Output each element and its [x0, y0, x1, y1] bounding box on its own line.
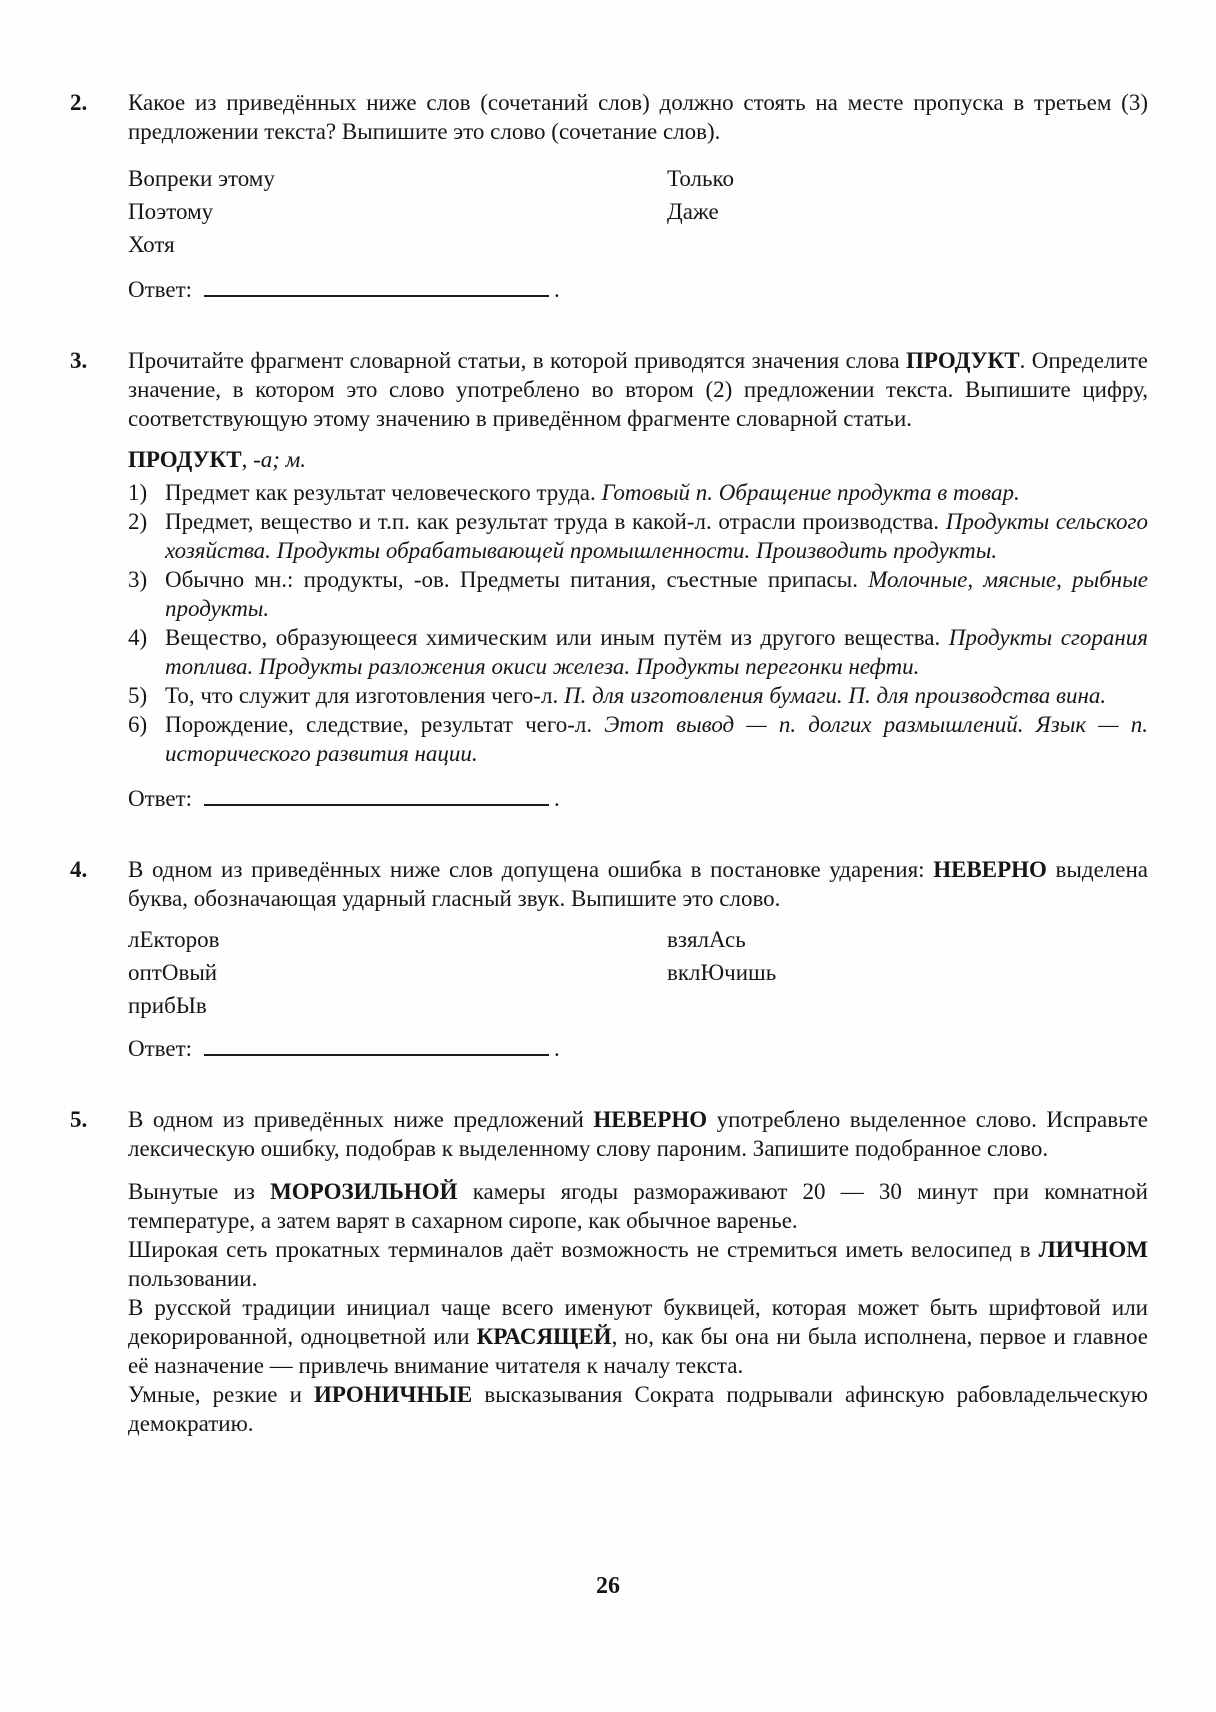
task-4-options-right: взялАсь вклЮчишь	[667, 923, 1148, 1022]
sense-number: 1)	[128, 478, 147, 507]
sentence-pre: Широкая сеть прокатных терминалов даёт в…	[128, 1237, 1039, 1262]
task-4-options-left: лЕкторов оптОвый прибЫв	[128, 923, 667, 1022]
dictionary-headword: ПРОДУКТ	[128, 447, 242, 472]
sense-number: 2)	[128, 507, 147, 536]
sentence-pre: Умные, резкие и	[128, 1382, 314, 1407]
task-5-prompt-pre: В одном из приведённых ниже предложений	[128, 1107, 593, 1132]
task-3: 3. Прочитайте фрагмент словарной статьи,…	[128, 346, 1148, 815]
exam-page: 2. Какое из приведённых ниже слов (сочет…	[0, 0, 1216, 1712]
dictionary-headword-sep: ,	[242, 447, 254, 472]
task-4-option: прибЫв	[128, 989, 667, 1022]
task-3-number: 3.	[70, 346, 87, 375]
dictionary-entry: ПРОДУКТ, -а; м. 1)Предмет как результат …	[128, 445, 1148, 768]
task-3-prompt-keyword: ПРОДУКТ	[906, 348, 1020, 373]
answer-period: .	[554, 786, 560, 811]
sense-number: 6)	[128, 710, 147, 739]
page-number: 26	[0, 1572, 1216, 1601]
task-2-option: Только	[667, 162, 1148, 195]
sentence-keyword: МОРОЗИЛЬНОЙ	[270, 1179, 457, 1204]
answer-blank	[204, 1032, 549, 1056]
task-4-number: 4.	[70, 855, 87, 884]
sentence-item-2: Широкая сеть прокатных терминалов даёт в…	[128, 1235, 1148, 1293]
sentence-item-1: Вынутые из МОРОЗИЛЬНОЙ камеры ягоды разм…	[128, 1177, 1148, 1235]
task-2-options: Вопреки этому Поэтому Хотя Только Даже	[128, 162, 1148, 261]
task-4: 4. В одном из приведённых ниже слов допу…	[128, 855, 1148, 1065]
task-4-options: лЕкторов оптОвый прибЫв взялАсь вклЮчишь	[128, 923, 1148, 1022]
sense-example: Готовый п. Обращение продукта в товар.	[601, 480, 1019, 505]
sense-text: Предмет как результат человеческого труд…	[165, 480, 601, 505]
sense-item-4: 4)Вещество, образующееся химическим или …	[128, 623, 1148, 681]
sentence-keyword: ИРОНИЧНЫЕ	[314, 1382, 472, 1407]
task-2-options-right: Только Даже	[667, 162, 1148, 261]
task-2-option: Вопреки этому	[128, 162, 667, 195]
task-4-option: вклЮчишь	[667, 956, 1148, 989]
sentence-item-4: Умные, резкие и ИРОНИЧНЫЕ высказывания С…	[128, 1380, 1148, 1438]
answer-label: Ответ:	[128, 277, 192, 302]
task-2-number: 2.	[70, 88, 87, 117]
sentence-pre: Вынутые из	[128, 1179, 270, 1204]
sense-text: Обычно мн.: продукты, -ов. Предметы пита…	[165, 567, 868, 592]
sense-item-3: 3)Обычно мн.: продукты, -ов. Предметы пи…	[128, 565, 1148, 623]
task-2-options-left: Вопреки этому Поэтому Хотя	[128, 162, 667, 261]
task-2-option: Поэтому	[128, 195, 667, 228]
task-4-option: взялАсь	[667, 923, 1148, 956]
sentence-post: пользовании.	[128, 1266, 257, 1291]
task-5: 5. В одном из приведённых ниже предложен…	[128, 1105, 1148, 1438]
sense-number: 5)	[128, 681, 147, 710]
task-3-prompt-pre: Прочитайте фрагмент словарной статьи, в …	[128, 348, 906, 373]
task-2-option: Хотя	[128, 228, 667, 261]
sense-item-6: 6)Порождение, следствие, результат чего-…	[128, 710, 1148, 768]
content-column: 2. Какое из приведённых ниже слов (сочет…	[128, 88, 1148, 1438]
answer-period: .	[554, 1036, 560, 1061]
sense-number: 3)	[128, 565, 147, 594]
sentence-item-3: В русской традиции инициал чаще всего им…	[128, 1293, 1148, 1380]
sense-example: П. для изготовления бумаги. П. для произ…	[564, 683, 1106, 708]
sense-item-5: 5)То, что служит для изготовления чего-л…	[128, 681, 1148, 710]
answer-label: Ответ:	[128, 1036, 192, 1061]
task-4-option: лЕкторов	[128, 923, 667, 956]
sentence-keyword: КРАСЯЩЕЙ	[477, 1324, 612, 1349]
task-2: 2. Какое из приведённых ниже слов (сочет…	[128, 88, 1148, 306]
task-3-prompt: Прочитайте фрагмент словарной статьи, в …	[128, 346, 1148, 433]
task-5-prompt: В одном из приведённых ниже предложений …	[128, 1105, 1148, 1163]
task-4-prompt: В одном из приведённых ниже слов допущен…	[128, 855, 1148, 913]
sense-item-2: 2)Предмет, вещество и т.п. как результат…	[128, 507, 1148, 565]
sentence-keyword: ЛИЧНОМ	[1039, 1237, 1148, 1262]
task-4-prompt-keyword: НЕВЕРНО	[933, 857, 1047, 882]
answer-period: .	[554, 277, 560, 302]
sense-number: 4)	[128, 623, 147, 652]
dictionary-headword-line: ПРОДУКТ, -а; м.	[128, 445, 1148, 474]
task-5-number: 5.	[70, 1105, 87, 1134]
task-3-answer-row: Ответ:.	[128, 782, 1148, 815]
dictionary-grammar: -а; м.	[253, 447, 306, 472]
task-4-option: оптОвый	[128, 956, 667, 989]
task-5-sentences: Вынутые из МОРОЗИЛЬНОЙ камеры ягоды разм…	[128, 1177, 1148, 1438]
sense-text: Порождение, следствие, результат чего-л.	[165, 712, 604, 737]
answer-blank	[204, 273, 549, 297]
sense-text: То, что служит для изготовления чего-л.	[165, 683, 564, 708]
task-5-prompt-keyword: НЕВЕРНО	[593, 1107, 707, 1132]
answer-label: Ответ:	[128, 786, 192, 811]
answer-blank	[204, 782, 549, 806]
task-4-prompt-pre: В одном из приведённых ниже слов допущен…	[128, 857, 933, 882]
task-4-answer-row: Ответ:.	[128, 1032, 1148, 1065]
sense-text: Предмет, вещество и т.п. как результат т…	[165, 509, 946, 534]
task-2-answer-row: Ответ:.	[128, 273, 1148, 306]
sense-item-1: 1)Предмет как результат человеческого тр…	[128, 478, 1148, 507]
task-2-prompt: Какое из приведённых ниже слов (сочетани…	[128, 88, 1148, 146]
task-2-option: Даже	[667, 195, 1148, 228]
sense-text: Вещество, образующееся химическим или ин…	[165, 625, 949, 650]
